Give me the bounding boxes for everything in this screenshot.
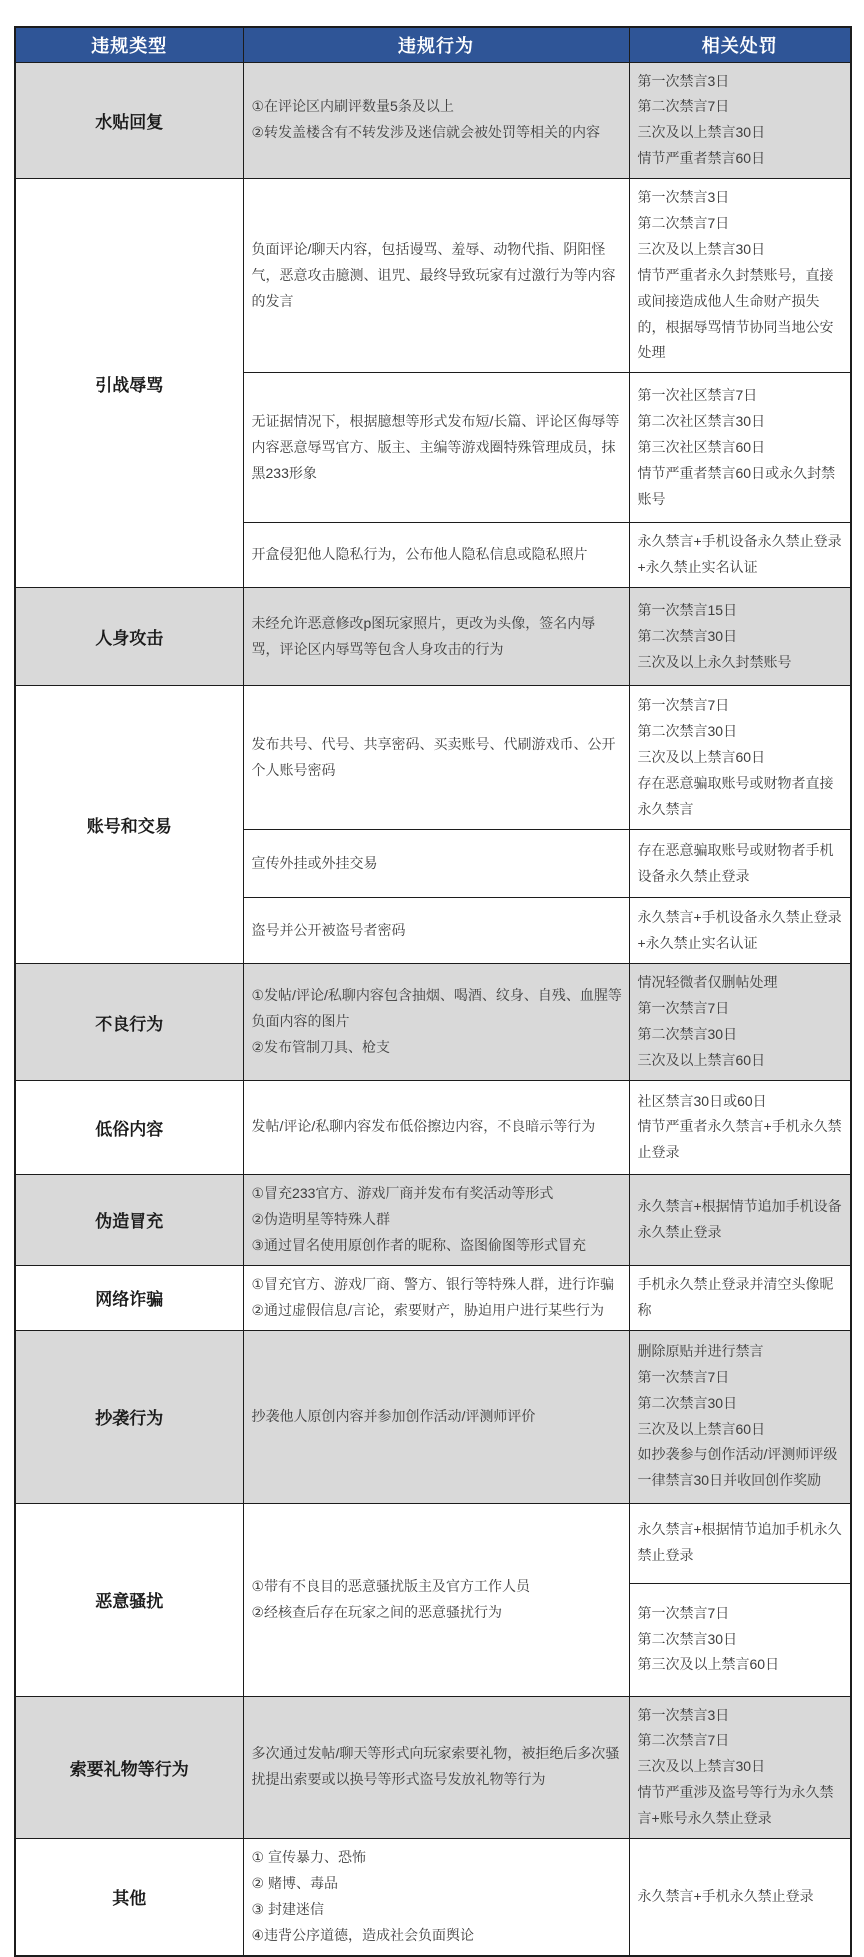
behavior-cell: 宣传外挂或外挂交易 — [243, 830, 629, 898]
punishment-cell: 情况轻微者仅删帖处理 第一次禁言7日 第二次禁言30日 三次及以上禁言60日 — [629, 964, 851, 1081]
punishment-cell: 社区禁言30日或60日 情节严重者永久禁言+手机永久禁止登录 — [629, 1080, 851, 1174]
punishment-cell: 永久禁言+根据情节追加手机设备永久禁止登录 — [629, 1174, 851, 1265]
punishment-cell: 第一次禁言3日 第二次禁言7日 三次及以上禁言30日 情节严重涉及盗号等行为永久… — [629, 1696, 851, 1838]
table-row-yinzhan-ruma: 引战辱骂 负面评论/聊天内容，包括谩骂、羞辱、动物代指、阴阳怪气，恶意攻击臆测、… — [15, 179, 851, 373]
type-cell: 低俗内容 — [15, 1080, 243, 1174]
punishment-cell: 删除原贴并进行禁言 第一次禁言7日 第二次禁言30日 三次及以上禁言60日 如抄… — [629, 1330, 851, 1503]
behavior-cell: ①带有不良目的恶意骚扰版主及官方工作人员 ②经核查后存在玩家之间的恶意骚扰行为 — [243, 1503, 629, 1696]
behavior-cell: ①冒充233官方、游戏厂商并发布有奖活动等形式 ②伪造明星等特殊人群 ③通过冒名… — [243, 1174, 629, 1265]
behavior-cell: 未经允许恶意修改p图玩家照片，更改为头像，签名内辱骂，评论区内辱骂等包含人身攻击… — [243, 588, 629, 686]
punishment-cell: 手机永久禁止登录并清空头像昵称 — [629, 1265, 851, 1330]
punishment-cell: 永久禁言+手机永久禁止登录 — [629, 1838, 851, 1955]
type-cell: 恶意骚扰 — [15, 1503, 243, 1696]
table-row-wangluo-zhapian: 网络诈骗 ①冒充官方、游戏厂商、警方、银行等特殊人群，进行诈骗 ②通过虚假信息/… — [15, 1265, 851, 1330]
table-row-suoyao-liwu: 索要礼物等行为 多次通过发帖/聊天等形式向玩家索要礼物，被拒绝后多次骚扰提出索要… — [15, 1696, 851, 1838]
punishment-cell: 第一次社区禁言7日 第二次社区禁言30日 第三次社区禁言60日 情节严重者禁言6… — [629, 373, 851, 523]
header-violation-type: 违规类型 — [15, 27, 243, 62]
table-row-renshen-gongji: 人身攻击 未经允许恶意修改p图玩家照片，更改为头像，签名内辱骂，评论区内辱骂等包… — [15, 588, 851, 686]
behavior-cell: 无证据情况下，根据臆想等形式发布短/长篇、评论区侮辱等内容恶意辱骂官方、版主、主… — [243, 373, 629, 523]
type-cell: 账号和交易 — [15, 686, 243, 964]
header-violation-behavior: 违规行为 — [243, 27, 629, 62]
behavior-cell: ①在评论区内刷评数量5条及以上 ②转发盖楼含有不转发涉及迷信就会被处罚等相关的内… — [243, 62, 629, 179]
punishment-cell: 永久禁言+手机设备永久禁止登录+永久禁止实名认证 — [629, 898, 851, 964]
violation-penalty-table: 违规类型 违规行为 相关处罚 水贴回复 ①在评论区内刷评数量5条及以上 ②转发盖… — [14, 26, 852, 1957]
table-row-shuitie-huifu: 水贴回复 ①在评论区内刷评数量5条及以上 ②转发盖楼含有不转发涉及迷信就会被处罚… — [15, 62, 851, 179]
table-row-buliang-xingwei: 不良行为 ①发帖/评论/私聊内容包含抽烟、喝酒、纹身、自残、血腥等负面内容的图片… — [15, 964, 851, 1081]
type-cell: 其他 — [15, 1838, 243, 1955]
table-header-row: 违规类型 违规行为 相关处罚 — [15, 27, 851, 62]
type-cell: 不良行为 — [15, 964, 243, 1081]
punishment-cell: 永久禁言+手机设备永久禁止登录+永久禁止实名认证 — [629, 523, 851, 588]
type-cell: 网络诈骗 — [15, 1265, 243, 1330]
type-cell: 伪造冒充 — [15, 1174, 243, 1265]
table-row-eyi-saorao: 恶意骚扰 ①带有不良目的恶意骚扰版主及官方工作人员 ②经核查后存在玩家之间的恶意… — [15, 1503, 851, 1583]
table-row-zhanghao-jiaoyi: 账号和交易 发布共号、代号、共享密码、买卖账号、代刷游戏币、公开个人账号密码 第… — [15, 686, 851, 830]
behavior-cell: 负面评论/聊天内容，包括谩骂、羞辱、动物代指、阴阳怪气，恶意攻击臆测、诅咒、最终… — [243, 179, 629, 373]
table-row-qita: 其他 ① 宣传暴力、恐怖 ② 赌博、毒品 ③ 封建迷信 ④违背公序道德，造成社会… — [15, 1838, 851, 1955]
behavior-cell: 发帖/评论/私聊内容发布低俗擦边内容，不良暗示等行为 — [243, 1080, 629, 1174]
behavior-cell: ①发帖/评论/私聊内容包含抽烟、喝酒、纹身、自残、血腥等负面内容的图片 ②发布管… — [243, 964, 629, 1081]
behavior-cell: 开盒侵犯他人隐私行为，公布他人隐私信息或隐私照片 — [243, 523, 629, 588]
behavior-cell: ① 宣传暴力、恐怖 ② 赌博、毒品 ③ 封建迷信 ④违背公序道德，造成社会负面舆… — [243, 1838, 629, 1955]
behavior-cell: 盗号并公开被盗号者密码 — [243, 898, 629, 964]
type-cell: 人身攻击 — [15, 588, 243, 686]
table-row-chaoxi-xingwei: 抄袭行为 抄袭他人原创内容并参加创作活动/评测师评价 删除原贴并进行禁言 第一次… — [15, 1330, 851, 1503]
table-row-disu-neirong: 低俗内容 发帖/评论/私聊内容发布低俗擦边内容，不良暗示等行为 社区禁言30日或… — [15, 1080, 851, 1174]
type-cell: 索要礼物等行为 — [15, 1696, 243, 1838]
punishment-cell: 第一次禁言7日 第二次禁言30日 三次及以上禁言60日 存在恶意骗取账号或财物者… — [629, 686, 851, 830]
type-cell: 抄袭行为 — [15, 1330, 243, 1503]
behavior-cell: 抄袭他人原创内容并参加创作活动/评测师评价 — [243, 1330, 629, 1503]
behavior-cell: ①冒充官方、游戏厂商、警方、银行等特殊人群，进行诈骗 ②通过虚假信息/言论，索要… — [243, 1265, 629, 1330]
behavior-cell: 多次通过发帖/聊天等形式向玩家索要礼物，被拒绝后多次骚扰提出索要或以换号等形式盗… — [243, 1696, 629, 1838]
punishment-cell: 第一次禁言3日 第二次禁言7日 三次及以上禁言30日 情节严重者禁言60日 — [629, 62, 851, 179]
punishment-cell: 第一次禁言7日 第二次禁言30日 第三次及以上禁言60日 — [629, 1583, 851, 1696]
type-cell: 引战辱骂 — [15, 179, 243, 588]
type-cell: 水贴回复 — [15, 62, 243, 179]
header-related-punishment: 相关处罚 — [629, 27, 851, 62]
table-row-weizao-maochong: 伪造冒充 ①冒充233官方、游戏厂商并发布有奖活动等形式 ②伪造明星等特殊人群 … — [15, 1174, 851, 1265]
punishment-cell: 第一次禁言3日 第二次禁言7日 三次及以上禁言30日 情节严重者永久封禁账号，直… — [629, 179, 851, 373]
page: 违规类型 违规行为 相关处罚 水贴回复 ①在评论区内刷评数量5条及以上 ②转发盖… — [0, 0, 864, 1908]
punishment-cell: 永久禁言+根据情节追加手机永久禁止登录 — [629, 1503, 851, 1583]
punishment-cell: 第一次禁言15日 第二次禁言30日 三次及以上永久封禁账号 — [629, 588, 851, 686]
behavior-cell: 发布共号、代号、共享密码、买卖账号、代刷游戏币、公开个人账号密码 — [243, 686, 629, 830]
punishment-cell: 存在恶意骗取账号或财物者手机设备永久禁止登录 — [629, 830, 851, 898]
